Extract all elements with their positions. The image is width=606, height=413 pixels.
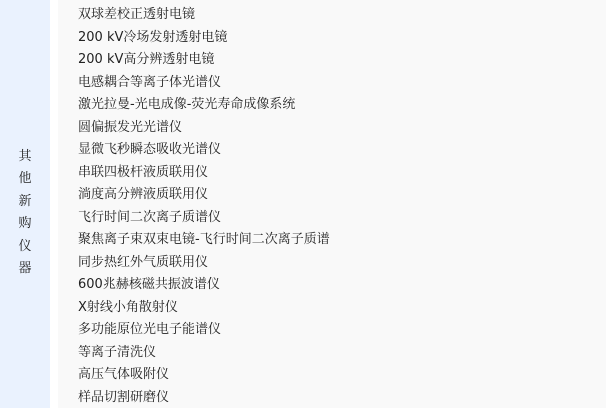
instrument-item: 串联四极杆液质联用仪 <box>78 162 606 185</box>
instrument-item: 飞行时间二次离子质谱仪 <box>78 207 606 230</box>
category-label-char: 其 <box>18 146 31 169</box>
instrument-item: 淌度高分辨液质联用仪 <box>78 184 606 207</box>
instrument-item: 同步热红外气质联用仪 <box>78 252 606 275</box>
instrument-item: 样品切割研磨仪 <box>78 387 606 410</box>
category-label-cell: 其 他 新 购 仪 器 <box>0 0 50 408</box>
instrument-item: X射线小角散射仪 <box>78 297 606 320</box>
instrument-item: 200 kV高分辨透射电镜 <box>78 49 606 72</box>
category-label-char: 仪 <box>18 236 31 259</box>
instrument-item: 显微飞秒瞬态吸收光谱仪 <box>78 139 606 162</box>
instrument-item: 高压气体吸附仪 <box>78 364 606 387</box>
instrument-item: 电感耦合等离子体光谱仪 <box>78 72 606 95</box>
instrument-item: 200 kV冷场发射透射电镜 <box>78 27 606 50</box>
column-divider <box>50 0 58 408</box>
instrument-item: 激光拉曼-光电成像-荧光寿命成像系统 <box>78 94 606 117</box>
instrument-item: 多功能原位光电子能谱仪 <box>78 319 606 342</box>
instrument-table: 其 他 新 购 仪 器 双球差校正透射电镜 200 kV冷场发射透射电镜 200… <box>0 0 606 408</box>
instrument-item: 600兆赫核磁共振波谱仪 <box>78 274 606 297</box>
instrument-item: 圆偏振发光光谱仪 <box>78 117 606 140</box>
instrument-item: 等离子清洗仪 <box>78 342 606 365</box>
category-label-char: 新 <box>18 191 31 214</box>
instrument-list: 双球差校正透射电镜 200 kV冷场发射透射电镜 200 kV高分辨透射电镜 电… <box>58 0 606 408</box>
instrument-item: 聚焦离子束双束电镜-飞行时间二次离子质谱 <box>78 229 606 252</box>
category-label-char: 购 <box>18 213 31 236</box>
category-label-char: 器 <box>18 258 31 281</box>
category-label-char: 他 <box>18 168 31 191</box>
instrument-item: 双球差校正透射电镜 <box>78 4 606 27</box>
